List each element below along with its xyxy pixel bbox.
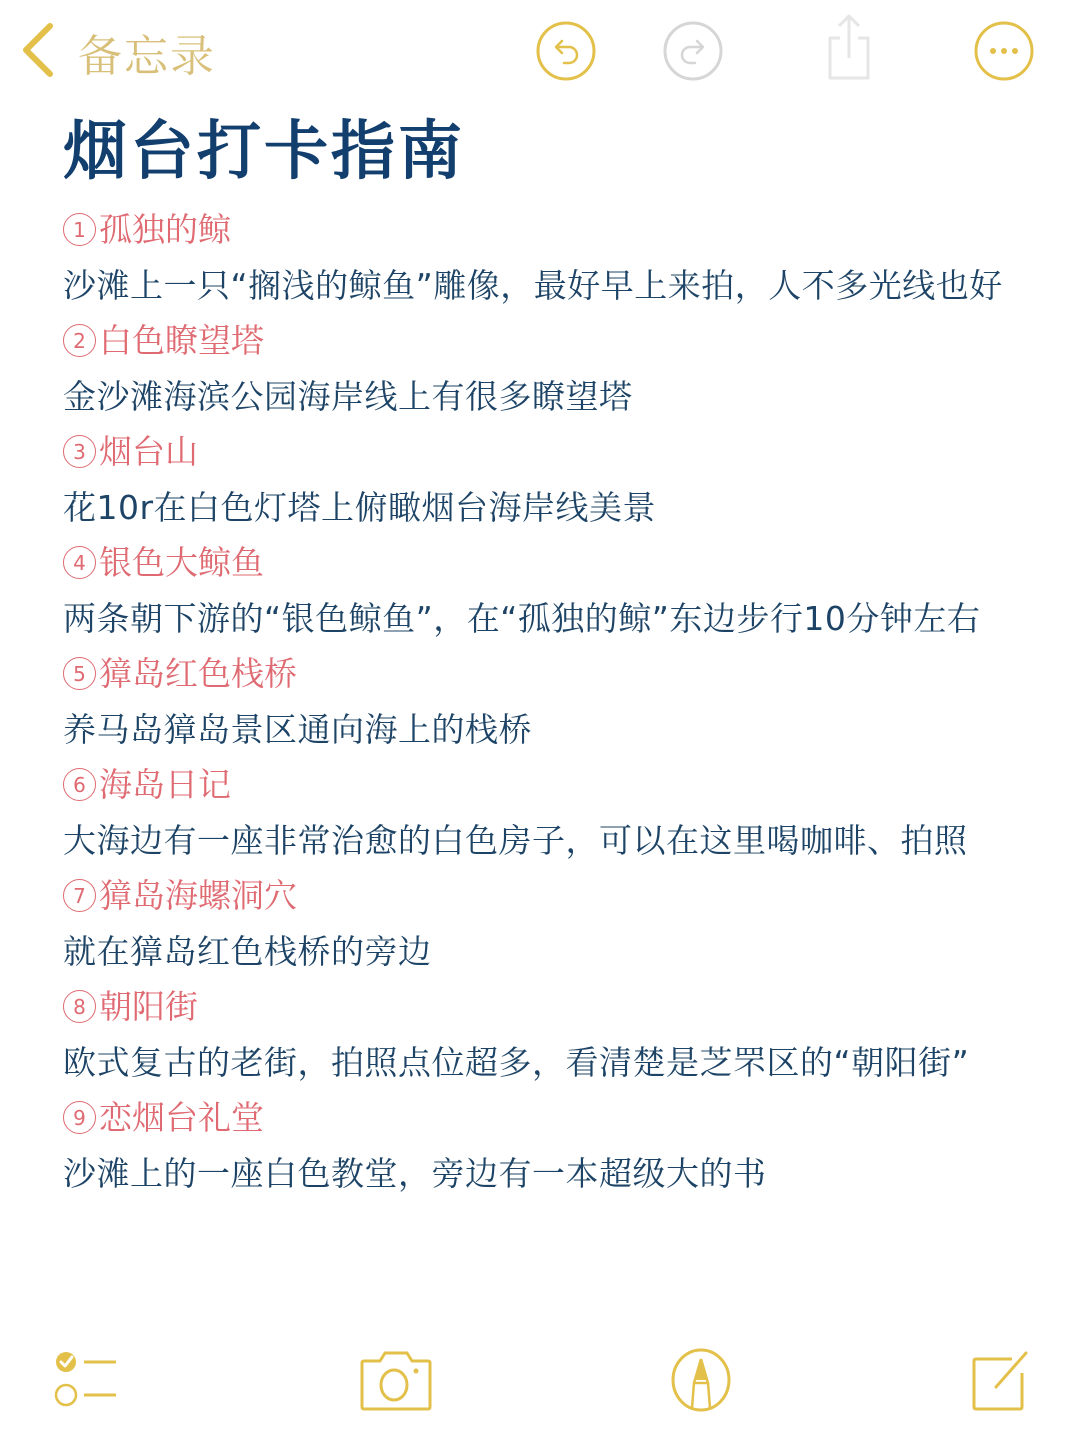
entry-heading: 2白色瞭望塔 <box>63 313 1073 369</box>
share-icon <box>818 12 880 86</box>
circled-number: 6 <box>63 768 96 801</box>
circled-number: 2 <box>63 324 96 357</box>
circled-number: 4 <box>63 546 96 579</box>
checklist-icon <box>52 1345 122 1415</box>
entry-heading-text: 獐岛红色栈桥 <box>99 646 297 702</box>
notes-app: 备忘录 <box>0 0 1080 1440</box>
entry-description: 大海边有一座非常治愈的白色房子，可以在这里喝咖啡、拍照 <box>63 813 1073 869</box>
entry-heading: 1孤独的鲸 <box>63 202 1073 258</box>
compose-button[interactable] <box>968 1340 1034 1420</box>
entry-heading: 6海岛日记 <box>63 757 1073 813</box>
entry-description: 沙滩上的一座白色教堂，旁边有一本超级大的书 <box>63 1146 1073 1202</box>
circled-number: 9 <box>63 1101 96 1134</box>
more-icon <box>973 20 1035 86</box>
redo-icon <box>662 20 724 86</box>
entry-heading-text: 獐岛海螺洞穴 <box>99 868 297 924</box>
chevron-left-icon <box>18 20 58 84</box>
circled-number: 1 <box>63 213 96 246</box>
entry-heading-text: 孤独的鲸 <box>99 202 231 258</box>
entry: 9恋烟台礼堂 沙滩上的一座白色教堂，旁边有一本超级大的书 <box>63 1090 1073 1201</box>
undo-button[interactable] <box>535 22 597 84</box>
camera-icon <box>358 1347 434 1413</box>
back-button[interactable]: 备忘录 <box>18 20 216 84</box>
entry-heading-text: 烟台山 <box>99 424 198 480</box>
entry-heading: 4银色大鲸鱼 <box>63 535 1073 591</box>
note-title: 烟台打卡指南 <box>63 110 1073 194</box>
checklist-button[interactable] <box>52 1340 122 1420</box>
undo-icon <box>535 20 597 86</box>
circled-number: 5 <box>63 657 96 690</box>
entry: 8朝阳街 欧式复古的老街，拍照点位超多，看清楚是芝罘区的“朝阳街” <box>63 979 1073 1090</box>
entry-description: 就在獐岛红色栈桥的旁边 <box>63 924 1073 980</box>
camera-button[interactable] <box>358 1340 434 1420</box>
entry-heading-text: 恋烟台礼堂 <box>99 1090 264 1146</box>
top-nav-bar: 备忘录 <box>0 0 1080 105</box>
redo-button[interactable] <box>662 22 724 84</box>
entry-heading-text: 银色大鲸鱼 <box>99 535 264 591</box>
entry-heading: 5獐岛红色栈桥 <box>63 646 1073 702</box>
circled-number: 7 <box>63 879 96 912</box>
note-body[interactable]: 烟台打卡指南 1孤独的鲸 沙滩上一只“搁浅的鲸鱼”雕像，最好早上来拍，人不多光线… <box>63 110 1073 1201</box>
share-button[interactable] <box>818 14 880 84</box>
entry-heading-text: 海岛日记 <box>99 757 231 813</box>
entry-heading: 9恋烟台礼堂 <box>63 1090 1073 1146</box>
entry: 7獐岛海螺洞穴 就在獐岛红色栈桥的旁边 <box>63 868 1073 979</box>
markup-button[interactable] <box>670 1340 732 1420</box>
entry-description: 花10r在白色灯塔上俯瞰烟台海岸线美景 <box>63 480 1073 536</box>
entry-heading: 8朝阳街 <box>63 979 1073 1035</box>
entry-description: 养马岛獐岛景区通向海上的栈桥 <box>63 702 1073 758</box>
entry: 6海岛日记 大海边有一座非常治愈的白色房子，可以在这里喝咖啡、拍照 <box>63 757 1073 868</box>
circled-number: 3 <box>63 435 96 468</box>
more-button[interactable] <box>973 22 1035 84</box>
bottom-toolbar <box>0 1330 1080 1440</box>
entry: 5獐岛红色栈桥 养马岛獐岛景区通向海上的栈桥 <box>63 646 1073 757</box>
entry: 4银色大鲸鱼 两条朝下游的“银色鲸鱼”，在“孤独的鲸”东边步行10分钟左右 <box>63 535 1073 646</box>
back-label: 备忘录 <box>78 20 216 84</box>
entry-description: 沙滩上一只“搁浅的鲸鱼”雕像，最好早上来拍，人不多光线也好 <box>63 258 1073 314</box>
entry-description: 金沙滩海滨公园海岸线上有很多瞭望塔 <box>63 369 1073 425</box>
entry-description: 欧式复古的老街，拍照点位超多，看清楚是芝罘区的“朝阳街” <box>63 1035 1073 1091</box>
entry: 1孤独的鲸 沙滩上一只“搁浅的鲸鱼”雕像，最好早上来拍，人不多光线也好 <box>63 202 1073 313</box>
entry-heading-text: 白色瞭望塔 <box>99 313 264 369</box>
entry: 3烟台山 花10r在白色灯塔上俯瞰烟台海岸线美景 <box>63 424 1073 535</box>
entry-heading: 7獐岛海螺洞穴 <box>63 868 1073 924</box>
markup-icon <box>670 1347 732 1413</box>
entry: 2白色瞭望塔 金沙滩海滨公园海岸线上有很多瞭望塔 <box>63 313 1073 424</box>
compose-icon <box>968 1347 1034 1413</box>
circled-number: 8 <box>63 990 96 1023</box>
entry-heading: 3烟台山 <box>63 424 1073 480</box>
entry-description: 两条朝下游的“银色鲸鱼”，在“孤独的鲸”东边步行10分钟左右 <box>63 591 1073 647</box>
entry-heading-text: 朝阳街 <box>99 979 198 1035</box>
